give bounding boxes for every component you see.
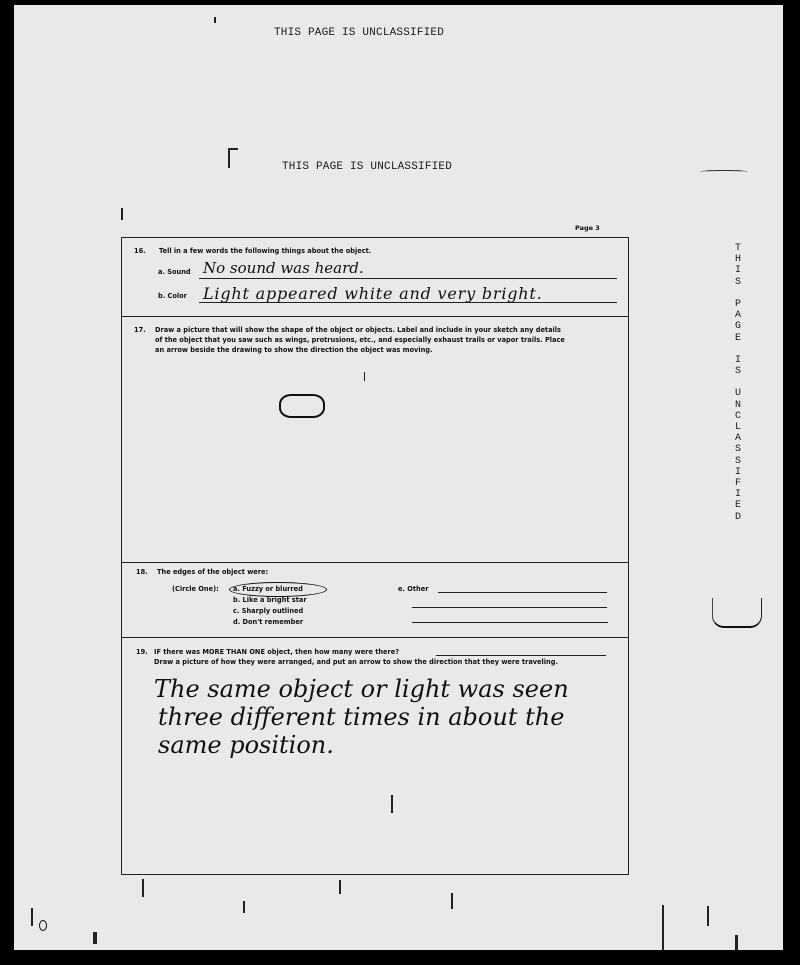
q18-other-line-2[interactable] (412, 607, 607, 608)
q16-color-answer[interactable]: Light appeared white and very bright. (203, 284, 543, 303)
scan-mark (31, 908, 33, 926)
scan-mark (735, 935, 738, 950)
q19-number: 19. (136, 648, 148, 657)
q19-count-line[interactable] (436, 655, 606, 656)
side-letter: S (731, 366, 745, 377)
side-letter: T (731, 243, 745, 254)
side-letter: I (731, 355, 745, 366)
scan-mark (142, 879, 144, 897)
q18-option-c[interactable]: c. Sharply outlined (233, 607, 303, 616)
q18-option-b[interactable]: b. Like a bright star (233, 596, 307, 605)
q18-option-d[interactable]: d. Don't remember (233, 618, 303, 627)
q17-prompt-line3: an arrow beside the drawing to show the … (155, 346, 433, 355)
scan-mark (228, 148, 230, 168)
classification-header-top: THIS PAGE IS UNCLASSIFIED (274, 27, 444, 39)
section-divider (122, 637, 628, 638)
q18-prompt: The edges of the object were: (157, 568, 268, 577)
q16-sound-line (199, 278, 617, 279)
q16-prompt: Tell in a few words the following things… (159, 247, 371, 256)
scan-mark (707, 906, 709, 926)
side-letter: N (731, 400, 745, 411)
side-letter-gap (731, 288, 745, 299)
side-letter: P (731, 299, 745, 310)
scan-mark (228, 148, 238, 150)
q19-answer-line1[interactable]: The same object or light was seen (154, 674, 569, 704)
q17-number: 17. (134, 326, 146, 335)
side-letter: S (731, 456, 745, 467)
q18-other-line-1[interactable] (438, 592, 607, 593)
side-letter: D (731, 512, 745, 523)
sketch-oval-object (279, 394, 325, 418)
scan-mark (662, 905, 664, 950)
scan-mark (451, 893, 453, 909)
side-letter: A (731, 310, 745, 321)
scan-mark (121, 208, 123, 220)
q16-color-label: b. Color (158, 292, 187, 301)
side-letter: I (731, 265, 745, 276)
scan-mark (364, 372, 365, 381)
q18-option-e-other[interactable]: e. Other (398, 585, 428, 594)
side-letter: S (731, 277, 745, 288)
side-letter: L (731, 422, 745, 433)
section-divider (122, 316, 628, 317)
side-letter: C (731, 411, 745, 422)
scan-mark (39, 920, 47, 931)
q18-other-line-3[interactable] (412, 622, 608, 623)
q18-option-a[interactable]: a. Fuzzy or blurred (233, 585, 303, 594)
side-classification-vertical: T H I S P A G E I S U N C L A S S I F I … (731, 243, 745, 523)
scan-mark (339, 880, 341, 894)
side-bracket-top (700, 170, 748, 175)
q18-number: 18. (136, 568, 148, 577)
q19-answer-line3[interactable]: same position. (158, 730, 334, 760)
scan-mark (391, 795, 393, 813)
side-letter: E (731, 333, 745, 344)
q19-prompt-line2: Draw a picture of how they were arranged… (154, 658, 558, 667)
side-letter-gap (731, 344, 745, 355)
section-divider (122, 562, 628, 563)
side-letter: G (731, 321, 745, 332)
side-letter: S (731, 444, 745, 455)
q17-prompt-line2: of the object that you saw such as wings… (155, 336, 565, 345)
scan-mark (243, 901, 245, 913)
scan-mark (93, 932, 97, 944)
scan-mark (214, 17, 216, 23)
q18-instruction: (Circle One): (172, 585, 219, 594)
q16-sound-answer[interactable]: No sound was heard. (203, 259, 364, 277)
side-letter: F (731, 478, 745, 489)
page-number: Page 3 (575, 224, 600, 232)
classification-header-second: THIS PAGE IS UNCLASSIFIED (282, 161, 452, 173)
q19-answer-line2[interactable]: three different times in about the (158, 702, 564, 732)
q19-prompt-line1: IF there was MORE THAN ONE object, then … (154, 648, 399, 657)
side-bracket-bottom (712, 598, 762, 628)
side-letter: I (731, 467, 745, 478)
q17-prompt-line1: Draw a picture that will show the shape … (155, 326, 561, 335)
side-letter: H (731, 254, 745, 265)
side-letter: E (731, 500, 745, 511)
side-letter: U (731, 388, 745, 399)
side-letter-gap (731, 377, 745, 388)
q16-sound-label: a. Sound (158, 268, 191, 277)
side-letter: A (731, 433, 745, 444)
side-letter: I (731, 489, 745, 500)
q16-number: 16. (134, 247, 146, 256)
